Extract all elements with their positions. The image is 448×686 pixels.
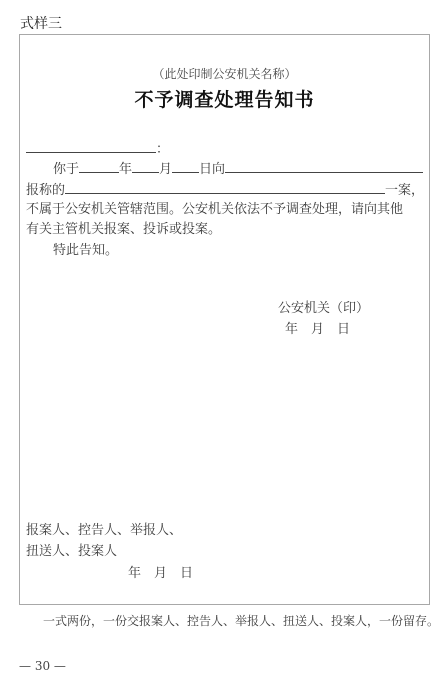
recipient-blank[interactable] — [225, 159, 423, 173]
addressee-blank[interactable] — [26, 139, 156, 153]
receipt-line-1: 报案人、控告人、举报人、 — [26, 522, 182, 540]
body-line-2: 有关主管机关报案、投诉或投案。 — [26, 221, 221, 239]
signature-date: 年 月 日 — [285, 321, 350, 339]
footnote: 一式两份，一份交报案人、控告人、举报人、扭送人、投案人，一份留存。 — [43, 612, 439, 629]
notice-form: （此处印制公安机关名称） 不予调查处理告知书 ： 你于年月日向 报称的一案， 不… — [19, 34, 430, 605]
case-line: 报称的一案， — [26, 180, 424, 200]
body-line-1: 不属于公安机关管辖范围。公安机关依法不予调查处理，请向其他 — [26, 201, 403, 219]
sample-label: 式样三 — [20, 13, 62, 33]
month-blank[interactable] — [132, 159, 159, 173]
closing-line: 特此告知。 — [53, 242, 118, 260]
addressee-line: ： — [26, 139, 169, 159]
day-blank[interactable] — [172, 159, 199, 173]
authority-name-placeholder: （此处印制公安机关名称） — [20, 65, 429, 82]
document-title: 不予调查处理告知书 — [20, 85, 429, 112]
receipt-date: 年 月 日 — [128, 565, 193, 583]
page-number: — 30 — — [19, 659, 66, 673]
receipt-line-2: 扭送人、投案人 — [26, 543, 117, 561]
authority-seal: 公安机关（印） — [278, 300, 369, 318]
date-line: 你于年月日向 — [53, 159, 423, 179]
case-blank[interactable] — [65, 180, 385, 194]
year-blank[interactable] — [79, 159, 119, 173]
